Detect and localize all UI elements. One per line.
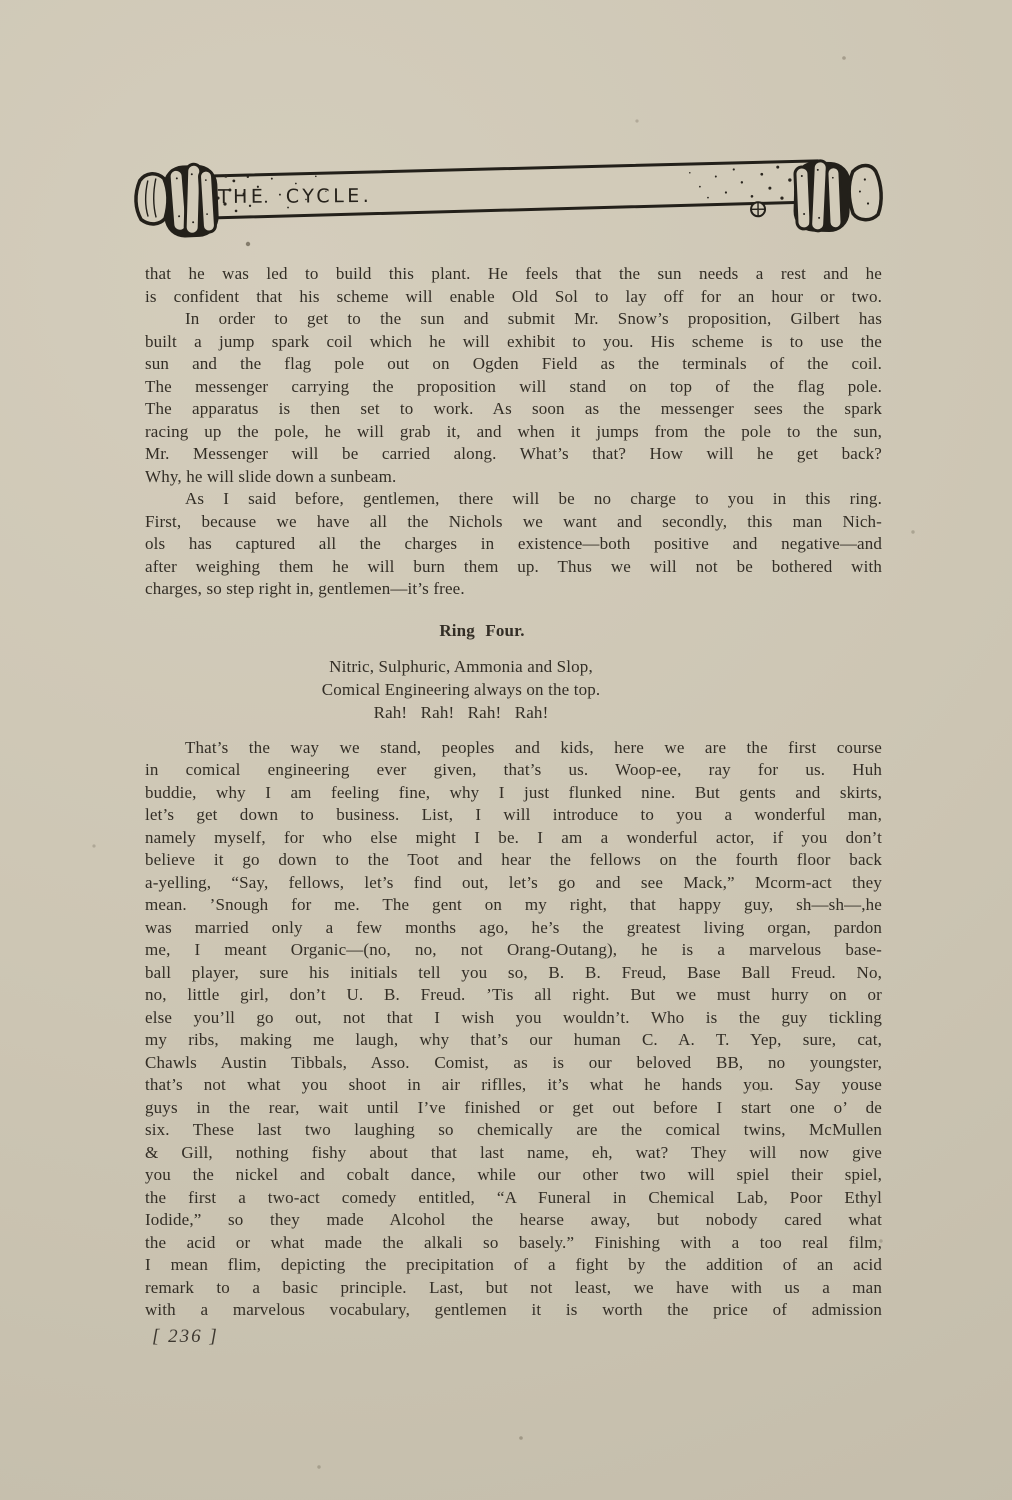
text-line: namely myself, for who else might I be. … (145, 827, 882, 850)
header-banner: THE CYCLE. (130, 151, 891, 252)
verse-line: Nitric, Sulphuric, Ammonia and Slop, (145, 655, 777, 678)
text-line: a-yelling, “Say, fellows, let’s find out… (145, 872, 882, 895)
paragraph: As I said before, gentlemen, there will … (145, 488, 882, 601)
paragraph: In order to get to the sun and submit Mr… (145, 308, 882, 488)
text-line: no, little girl, don’t U. B. Freud. ’Tis… (145, 984, 882, 1007)
text-line: ols has captured all the charges in exis… (145, 533, 882, 556)
text-line: me, I meant Organic—(no, no, not Orang-O… (145, 939, 882, 962)
page-title: THE CYCLE. (217, 185, 372, 208)
text-line: Chawls Austin Tibbals, Asso. Comist, as … (145, 1052, 882, 1075)
text-line: guys in the rear, wait until I’ve finish… (145, 1097, 882, 1120)
text-line: The apparatus is then set to work. As so… (145, 398, 882, 421)
text-line: else you’ll go out, not that I wish you … (145, 1007, 882, 1030)
text-line: the acid or what made the alkali so base… (145, 1232, 882, 1255)
text-line: in comical engineering ever given, that’… (145, 759, 882, 782)
section-heading: Ring Four. (145, 619, 819, 643)
text-line: after weighing them he will burn them up… (145, 556, 882, 579)
verse-line: Comical Engineering always on the top. (145, 678, 777, 701)
text-line: ball player, sure his initials tell you … (145, 962, 882, 985)
left-scroll-ornament (136, 164, 220, 239)
text-line: with a marvelous vocabulary, gentlemen i… (145, 1299, 882, 1322)
text-line: As I said before, gentlemen, there will … (145, 488, 882, 511)
text-line: believe it go down to the Toot and hear … (145, 849, 882, 872)
text-line: The messenger carrying the proposition w… (145, 376, 882, 399)
text-line: racing up the pole, he will grab it, and… (145, 421, 882, 444)
text-line: That’s the way we stand, peoples and kid… (145, 737, 882, 760)
text-line: six. These last two laughing so chemical… (145, 1119, 882, 1142)
text-line: sun and the flag pole out on Ogden Field… (145, 353, 882, 376)
text-line: I mean flim, depicting the precipitation… (145, 1254, 882, 1277)
paragraph: That’s the way we stand, peoples and kid… (145, 737, 882, 1322)
paragraph: that he was led to build this plant. He … (145, 263, 882, 308)
verse-line: Rah! Rah! Rah! Rah! (145, 701, 777, 724)
text-line: the first a two-act comedy entitled, “A … (145, 1187, 882, 1210)
text-line: Why, he will slide down a sunbeam. (145, 466, 882, 489)
page-number: [ 236 ] (152, 1326, 219, 1348)
text-line: remark to a basic principle. Last, but n… (145, 1277, 882, 1300)
text-line: built a jump spark coil which he will ex… (145, 331, 882, 354)
book-page: THE CYCLE. (0, 0, 1012, 1500)
text-line: In order to get to the sun and submit Mr… (145, 308, 882, 331)
text-line: that he was led to build this plant. He … (145, 263, 882, 286)
text-line: buddie, why I am feeling fine, why I jus… (145, 782, 882, 805)
text-line: mean. ’Snough for me. The gent on my rig… (145, 894, 882, 917)
text-line: let’s get down to business. List, I will… (145, 804, 882, 827)
text-line: was married only a few months ago, he’s … (145, 917, 882, 940)
text-line: First, because we have all the Nichols w… (145, 511, 882, 534)
artist-monogram-icon (751, 202, 765, 216)
text-line: you the nickel and cobalt dance, while o… (145, 1164, 882, 1187)
text-line: Mr. Messenger will be carried along. Wha… (145, 443, 882, 466)
text-line: is confident that his scheme will enable… (145, 286, 882, 309)
text-line: & Gill, nothing fishy about that last na… (145, 1142, 882, 1165)
text-line: that’s not what you shoot in air riflles… (145, 1074, 882, 1097)
verse: Nitric, Sulphuric, Ammonia and Slop,Comi… (145, 655, 777, 724)
text-line: my ribs, making me laugh, why that’s our… (145, 1029, 882, 1052)
text-line: charges, so step right in, gentlemen—it’… (145, 578, 882, 601)
text-line: Iodide,” so they made Alcohol the hearse… (145, 1209, 882, 1232)
right-scroll-ornament (793, 160, 882, 233)
scroll-ribbon-illustration: THE CYCLE. (130, 151, 891, 252)
body-text: that he was led to build this plant. He … (145, 263, 882, 1322)
paper-specks (0, 0, 2, 2)
